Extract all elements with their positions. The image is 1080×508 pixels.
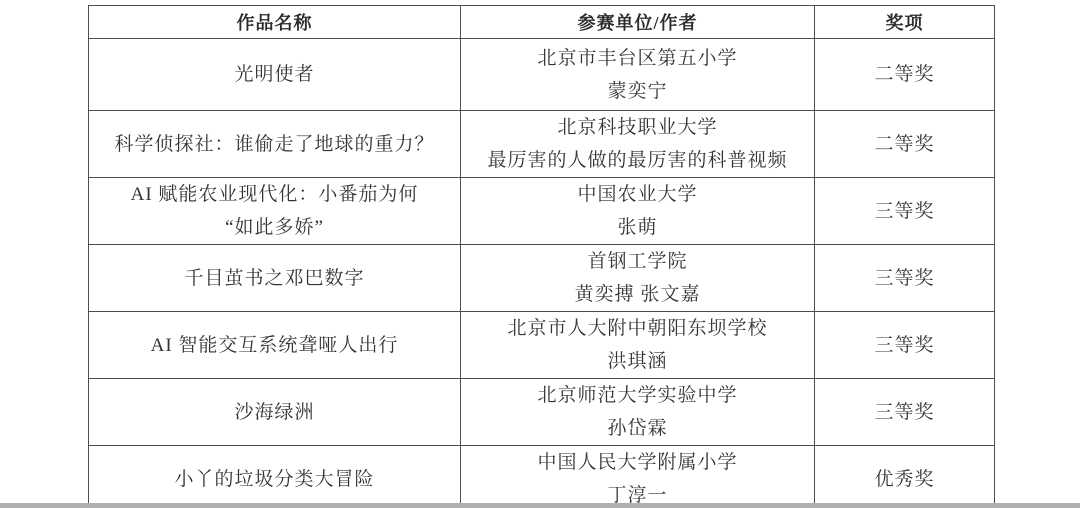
award-cell: 三等奖 bbox=[815, 178, 995, 245]
table-row: 科学侦探社：谁偷走了地球的重力？ 北京科技职业大学 最厉害的人做的最厉害的科普视… bbox=[89, 111, 995, 178]
unit-name: 中国农业大学 bbox=[461, 178, 814, 211]
work-title: 千目茧书之邓巴数字 bbox=[89, 262, 460, 295]
work-title-cell: 沙海绿洲 bbox=[89, 379, 461, 446]
column-header-work: 作品名称 bbox=[89, 6, 461, 39]
table-row: 沙海绿洲 北京师范大学实验中学 孙岱霖 三等奖 bbox=[89, 379, 995, 446]
work-title-cell: AI 智能交互系统聋哑人出行 bbox=[89, 312, 461, 379]
work-title-cell: 光明使者 bbox=[89, 39, 461, 111]
table-row: 光明使者 北京市丰台区第五小学 蒙奕宁 二等奖 bbox=[89, 39, 995, 111]
unit-name: 首钢工学院 bbox=[461, 245, 814, 278]
column-header-unit-author: 参赛单位/作者 bbox=[461, 6, 815, 39]
work-title-line2: “如此多娇” bbox=[89, 211, 460, 244]
award-cell: 二等奖 bbox=[815, 39, 995, 111]
unit-name: 北京市丰台区第五小学 bbox=[461, 42, 814, 75]
unit-author-cell: 中国农业大学 张萌 bbox=[461, 178, 815, 245]
work-title: 光明使者 bbox=[89, 58, 460, 91]
award-cell: 二等奖 bbox=[815, 111, 995, 178]
work-title-cell: 科学侦探社：谁偷走了地球的重力？ bbox=[89, 111, 461, 178]
award-label: 三等奖 bbox=[815, 195, 994, 228]
unit-author-cell: 中国人民大学附属小学 丁淳一 bbox=[461, 446, 815, 508]
author-name: 洪琪涵 bbox=[461, 345, 814, 378]
work-title-cell: AI 赋能农业现代化：小番茄为何 “如此多娇” bbox=[89, 178, 461, 245]
unit-name: 北京师范大学实验中学 bbox=[461, 379, 814, 412]
award-label: 优秀奖 bbox=[815, 463, 994, 496]
unit-author-cell: 北京市丰台区第五小学 蒙奕宁 bbox=[461, 39, 815, 111]
table-row: AI 赋能农业现代化：小番茄为何 “如此多娇” 中国农业大学 张萌 三等奖 bbox=[89, 178, 995, 245]
author-name: 蒙奕宁 bbox=[461, 75, 814, 108]
table-row: AI 智能交互系统聋哑人出行 北京市人大附中朝阳东坝学校 洪琪涵 三等奖 bbox=[89, 312, 995, 379]
page-bottom-edge bbox=[0, 503, 1080, 508]
author-name: 最厉害的人做的最厉害的科普视频 bbox=[461, 144, 814, 177]
award-cell: 三等奖 bbox=[815, 312, 995, 379]
award-cell: 优秀奖 bbox=[815, 446, 995, 508]
unit-name: 北京市人大附中朝阳东坝学校 bbox=[461, 312, 814, 345]
table-row: 千目茧书之邓巴数字 首钢工学院 黄奕搏 张文嘉 三等奖 bbox=[89, 245, 995, 312]
document-page: 作品名称 参赛单位/作者 奖项 光明使者 北京市丰台区第五小学 蒙奕宁 二等奖 bbox=[0, 0, 1080, 508]
table-row: 小丫的垃圾分类大冒险 中国人民大学附属小学 丁淳一 优秀奖 bbox=[89, 446, 995, 508]
author-name: 张萌 bbox=[461, 211, 814, 244]
author-name: 孙岱霖 bbox=[461, 412, 814, 445]
unit-author-cell: 北京市人大附中朝阳东坝学校 洪琪涵 bbox=[461, 312, 815, 379]
award-label: 三等奖 bbox=[815, 262, 994, 295]
unit-name: 北京科技职业大学 bbox=[461, 111, 814, 144]
header-row: 作品名称 参赛单位/作者 奖项 bbox=[89, 6, 995, 39]
work-title-line1: AI 赋能农业现代化：小番茄为何 bbox=[89, 178, 460, 211]
column-header-award: 奖项 bbox=[815, 6, 995, 39]
unit-author-cell: 北京科技职业大学 最厉害的人做的最厉害的科普视频 bbox=[461, 111, 815, 178]
award-cell: 三等奖 bbox=[815, 379, 995, 446]
work-title-cell: 小丫的垃圾分类大冒险 bbox=[89, 446, 461, 508]
award-label: 二等奖 bbox=[815, 128, 994, 161]
unit-author-cell: 北京师范大学实验中学 孙岱霖 bbox=[461, 379, 815, 446]
unit-name: 中国人民大学附属小学 bbox=[461, 446, 814, 479]
award-label: 三等奖 bbox=[815, 396, 994, 429]
work-title: AI 智能交互系统聋哑人出行 bbox=[89, 329, 460, 362]
award-cell: 三等奖 bbox=[815, 245, 995, 312]
award-label: 二等奖 bbox=[815, 58, 994, 91]
unit-author-cell: 首钢工学院 黄奕搏 张文嘉 bbox=[461, 245, 815, 312]
work-title: 小丫的垃圾分类大冒险 bbox=[89, 463, 460, 496]
work-title-cell: 千目茧书之邓巴数字 bbox=[89, 245, 461, 312]
work-title: 科学侦探社：谁偷走了地球的重力？ bbox=[89, 128, 460, 161]
author-name: 黄奕搏 张文嘉 bbox=[461, 278, 814, 311]
award-label: 三等奖 bbox=[815, 329, 994, 362]
work-title: 沙海绿洲 bbox=[89, 396, 460, 429]
award-table: 作品名称 参赛单位/作者 奖项 光明使者 北京市丰台区第五小学 蒙奕宁 二等奖 bbox=[88, 5, 995, 508]
